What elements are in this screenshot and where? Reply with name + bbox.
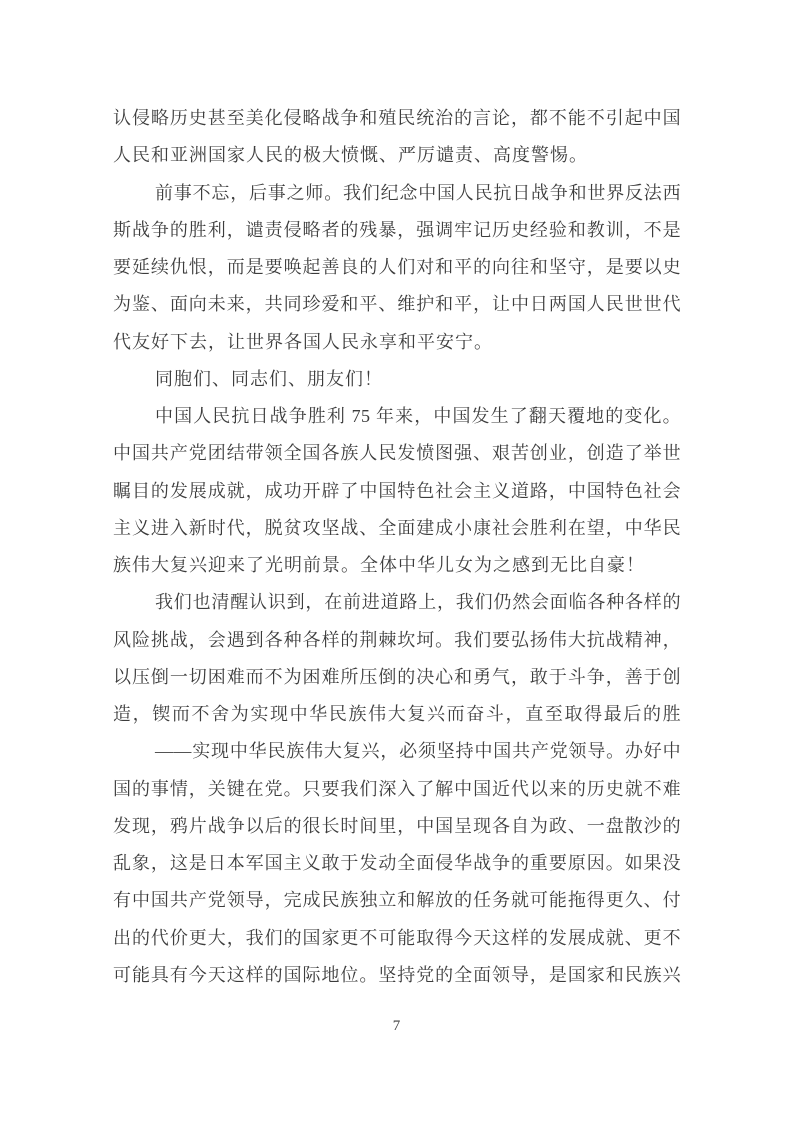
page-number: 7 [0,1018,793,1035]
text-line: 斯战争的胜利，谴责侵略者的残暴，强调牢记历史经验和教训，不是 [113,212,681,249]
text-line: 人民和亚洲国家人民的极大愤慨、严厉谴责、高度警惕。 [113,137,681,174]
text-line: 发现，鸦片战争以后的很长时间里，中国呈现各自为政、一盘散沙的 [113,808,681,845]
text-line: 中国人民抗日战争胜利 75 年来，中国发生了翻天覆地的变化。 [113,398,681,435]
text-line: 乱象，这是日本军国主义敢于发动全面侵华战争的重要原因。如果没 [113,845,681,882]
text-line: 为鉴、面向未来，共同珍爱和平、维护和平，让中日两国人民世世代 [113,286,681,323]
text-line: 前事不忘，后事之师。我们纪念中国人民抗日战争和世界反法西 [113,175,681,212]
text-line: 族伟大复兴迎来了光明前景。全体中华儿女为之感到无比自豪！ [113,547,681,584]
text-line: 同胞们、同志们、朋友们！ [113,361,681,398]
text-line: 以压倒一切困难而不为困难所压倒的决心和勇气，敢于斗争，善于创 [113,659,681,696]
text-line: 我们也清醒认识到，在前进道路上，我们仍然会面临各种各样的 [113,584,681,621]
text-line: 中国共产党团结带领全国各族人民发愤图强、艰苦创业，创造了举世 [113,435,681,472]
text-line: 出的代价更大，我们的国家更不可能取得今天这样的发展成就、更不 [113,920,681,957]
text-line: 代友好下去，让世界各国人民永享和平安宁。 [113,324,681,361]
text-line: 要延续仇恨，而是要唤起善良的人们对和平的向往和坚守，是要以史 [113,249,681,286]
text-line: 造，锲而不舍为实现中华民族伟大复兴而奋斗，直至取得最后的胜利。 [113,696,681,733]
text-line: 可能具有今天这样的国际地位。坚持党的全面领导，是国家和民族兴 [113,957,681,994]
document-page: 认侵略历史甚至美化侵略战争和殖民统治的言论，都不能不引起中国 人民和亚洲国家人民… [0,0,793,1122]
text-line: 风险挑战，会遇到各种各样的荆棘坎坷。我们要弘扬伟大抗战精神， [113,622,681,659]
text-line: 认侵略历史甚至美化侵略战争和殖民统治的言论，都不能不引起中国 [113,100,681,137]
text-line: 主义进入新时代，脱贫攻坚战、全面建成小康社会胜利在望，中华民 [113,510,681,547]
text-line: 有中国共产党领导，完成民族独立和解放的任务就可能拖得更久、付 [113,882,681,919]
body-text: 认侵略历史甚至美化侵略战争和殖民统治的言论，都不能不引起中国 人民和亚洲国家人民… [113,100,681,994]
text-line: ——实现中华民族伟大复兴，必须坚持中国共产党领导。办好中 [113,733,681,770]
text-line: 瞩目的发展成就，成功开辟了中国特色社会主义道路，中国特色社会 [113,473,681,510]
text-line: 国的事情，关键在党。只要我们深入了解中国近代以来的历史就不难 [113,771,681,808]
